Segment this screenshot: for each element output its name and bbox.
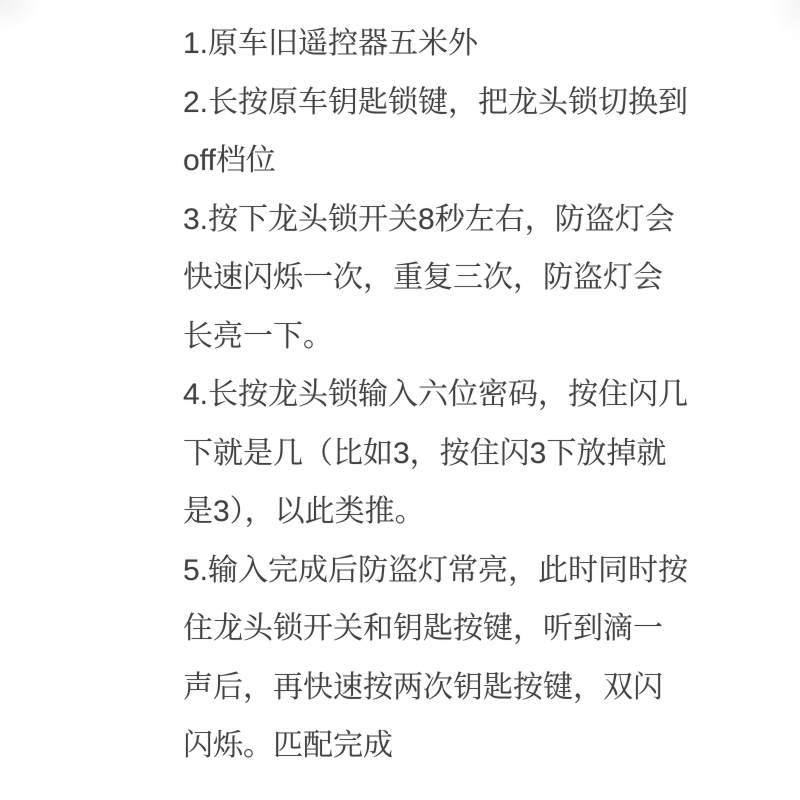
text-line: 住龙头锁开关和钥匙按键，听到滴一 [183,600,683,659]
text-line: 闪烁。匹配完成 [183,717,683,776]
text-line: 快速闪烁一次，重复三次，防盗灯会 [183,249,683,308]
text-line: 声后，再快速按两次钥匙按键，双闪 [183,659,683,718]
text-line: 4.长按龙头锁输入六位密码，按住闪几 [183,366,683,425]
text-line: 长亮一下。 [183,308,683,367]
text-line: 下就是几（比如3，按住闪3下放掉就 [183,425,683,484]
text-line: 3.按下龙头锁开关8秒左右，防盗灯会 [183,191,683,250]
text-line: 1.原车旧遥控器五米外 [183,15,683,74]
text-line: 是3），以此类推。 [183,483,683,542]
text-line: 5.输入完成后防盗灯常亮，此时同时按 [183,542,683,601]
instructions-text: 1.原车旧遥控器五米外 2.长按原车钥匙锁键，把龙头锁切换到 off档位 3.按… [183,15,683,776]
text-line: 2.长按原车钥匙锁键，把龙头锁切换到 [183,74,683,133]
text-line: off档位 [183,132,683,191]
